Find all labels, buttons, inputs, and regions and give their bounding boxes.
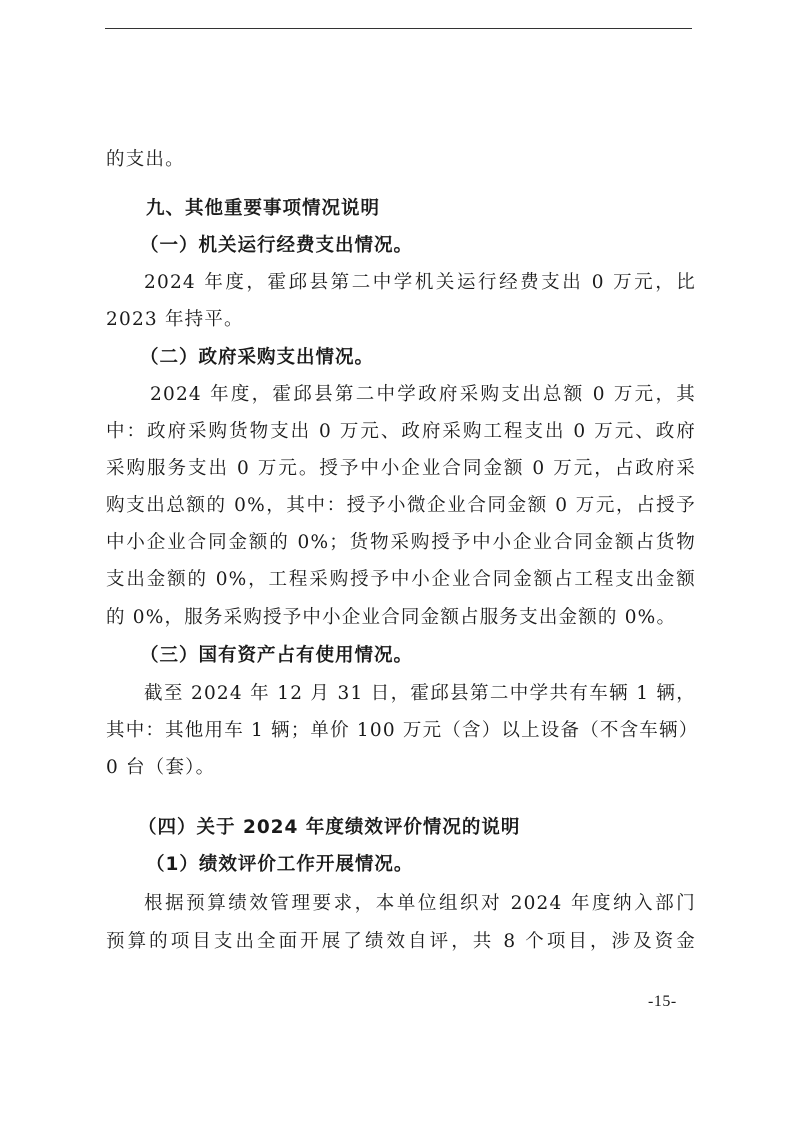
subheading-procurement: （二）政府采购支出情况。 <box>140 346 692 370</box>
body-line: 2023 年持平。 <box>106 308 696 332</box>
subheading-state-assets: （三）国有资产占有使用情况。 <box>140 644 692 668</box>
body-line: 中：政府采购货物支出 0 万元、政府采购工程支出 0 万元、政府 <box>106 420 696 444</box>
subheading-admin-expenses: （一）机关运行经费支出情况。 <box>140 234 692 258</box>
body-line: 其中：其他用车 1 辆；单价 100 万元（含）以上设备（不含车辆） <box>106 719 696 743</box>
body-line: 购支出总额的 0%，其中：授予小微企业合同金额 0 万元，占授予 <box>106 494 696 518</box>
subheading-performance-eval: （四）关于 2024 年度绩效评价情况的说明 <box>138 816 690 840</box>
subheading-eval-work: （1）绩效评价工作开展情况。 <box>146 853 698 877</box>
body-line: 预算的项目支出全面开展了绩效自评，共 8 个项目，涉及资金 <box>106 930 696 954</box>
header-rule <box>105 28 692 29</box>
body-line: 中小企业合同金额的 0%；货物采购授予中小企业合同金额占货物 <box>106 531 696 555</box>
body-line: 0 台（套）。 <box>106 756 696 780</box>
body-line: 根据预算绩效管理要求，本单位组织对 2024 年度纳入部门 <box>144 892 696 916</box>
section-heading-9: 九、其他重要事项情况说明 <box>146 197 698 221</box>
body-line: 截至 2024 年 12 月 31 日，霍邱县第二中学共有车辆 1 辆， <box>144 682 696 706</box>
body-line: 支出金额的 0%，工程采购授予中小企业合同金额占工程支出金额 <box>106 568 696 592</box>
body-line: 的支出。 <box>106 148 696 172</box>
body-line: 采购服务支出 0 万元。授予中小企业合同金额 0 万元，占政府采 <box>106 457 696 481</box>
body-line: 的 0%，服务采购授予中小企业合同金额占服务支出金额的 0%。 <box>106 606 696 630</box>
body-line: 2024 年度，霍邱县第二中学机关运行经费支出 0 万元，比 <box>144 271 696 295</box>
page-number: -15- <box>648 993 677 1011</box>
body-line: 2024 年度，霍邱县第二中学政府采购支出总额 0 万元，其 <box>150 383 696 407</box>
